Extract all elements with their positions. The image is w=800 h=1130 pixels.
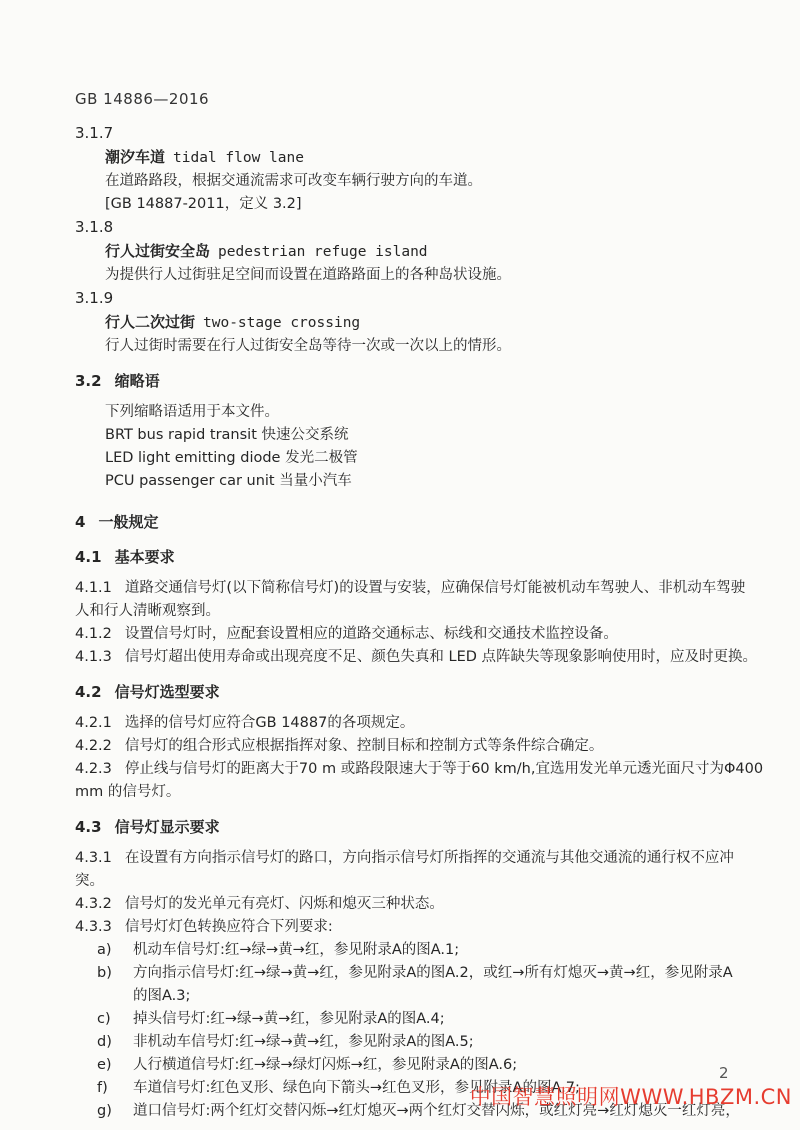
list-item-text: 机动车信号灯:红→绿→黄→红，参见附录A的图A.1; (133, 939, 459, 962)
term-definition: 行人过街时需要在行人过街安全岛等待一次或一次以上的情形。 (105, 335, 765, 358)
watermark: 中国智慧照明网WWW.HBZM.CN (470, 1081, 792, 1111)
list-item-text: 掉头信号灯:红→绿→黄→红，参见附录A的图A.4; (133, 1008, 445, 1031)
list-item-e: e) 人行横道信号灯:红→绿→绿灯闪烁→红，参见附录A的图A.6; (75, 1054, 765, 1077)
clause-text-continued: mm 的信号灯。 (75, 781, 765, 804)
clause-number: 4.2.1 (75, 715, 112, 731)
term-title: 行人过街安全岛pedestrian refuge island (105, 239, 765, 264)
clause-432: 4.3.2信号灯的发光单元有亮灯、闪烁和熄灭三种状态。 (75, 893, 765, 916)
clause-number: 4.1.1 (75, 580, 112, 596)
clause-text: 信号灯灯色转换应符合下列要求: (125, 919, 333, 935)
clause-411: 4.1.1道路交通信号灯(以下简称信号灯)的设置与安装，应确保信号灯能被机动车驾… (75, 577, 765, 623)
list-item-line-continued: 的图A.3; (133, 985, 733, 1008)
clause-421: 4.2.1选择的信号灯应符合GB 14887的各项规定。 (75, 712, 765, 735)
section-heading-general: 4一般规定 (75, 511, 765, 534)
abbreviation-item: BRT bus rapid transit 快速公交系统 (105, 424, 765, 447)
list-item-c: c) 掉头信号灯:红→绿→黄→红，参见附录A的图A.4; (75, 1008, 765, 1031)
term-title-en: pedestrian refuge island (218, 244, 428, 260)
term-title-zh: 潮汐车道 (105, 148, 165, 166)
clause-423: 4.2.3停止线与信号灯的距离大于70 m 或路段限速大于等于60 km/h,宜… (75, 758, 765, 804)
list-item-line: 非机动车信号灯:红→绿→黄→红，参见附录A的图A.5; (133, 1034, 474, 1050)
section-heading-basic-requirements: 4.1基本要求 (75, 546, 765, 569)
abbreviation-item: PCU passenger car unit 当量小汽车 (105, 470, 765, 493)
list-item-letter: g) (97, 1100, 133, 1123)
list-item-letter: b) (97, 962, 133, 1008)
list-item-line: 掉头信号灯:红→绿→黄→红，参见附录A的图A.4; (133, 1011, 445, 1027)
clause-text: 设置信号灯时，应配套设置相应的道路交通标志、标线和交通技术监控设备。 (125, 626, 618, 642)
term-body: 行人二次过街two-stage crossing 行人过街时需要在行人过街安全岛… (75, 310, 765, 358)
section-title: 信号灯显示要求 (115, 818, 220, 836)
term-body: 行人过街安全岛pedestrian refuge island 为提供行人过街驻… (75, 239, 765, 287)
term-entry-318: 3.1.8 行人过街安全岛pedestrian refuge island 为提… (75, 216, 765, 287)
list-item-b: b) 方向指示信号灯:红→绿→黄→红，参见附录A的图A.2，或红→所有灯熄灭→黄… (75, 962, 765, 1008)
section-number: 4 (75, 513, 85, 531)
clause-text: 信号灯的发光单元有亮灯、闪烁和熄灭三种状态。 (125, 896, 444, 912)
term-source-reference: [GB 14887-2011，定义 3.2] (105, 193, 765, 216)
list-item-text: 人行横道信号灯:红→绿→绿灯闪烁→红，参见附录A的图A.6; (133, 1054, 517, 1077)
list-item-letter: c) (97, 1008, 133, 1031)
document-page: GB 14886—2016 3.1.7 潮汐车道tidal flow lane … (0, 0, 800, 1130)
section-heading-signal-display: 4.3信号灯显示要求 (75, 816, 765, 839)
term-definition: 在道路路段，根据交通流需求可改变车辆行驶方向的车道。 (105, 170, 765, 193)
section-title: 基本要求 (115, 548, 175, 566)
term-entry-317: 3.1.7 潮汐车道tidal flow lane 在道路路段，根据交通流需求可… (75, 122, 765, 216)
section-number: 4.3 (75, 818, 102, 836)
list-item-a: a) 机动车信号灯:红→绿→黄→红，参见附录A的图A.1; (75, 939, 765, 962)
doc-code-header: GB 14886—2016 (75, 90, 765, 108)
term-number: 3.1.9 (75, 287, 765, 310)
clause-413: 4.1.3信号灯超出使用寿命或出现亮度不足、颜色失真和 LED 点阵缺失等现象影… (75, 646, 765, 669)
clause-433: 4.3.3信号灯灯色转换应符合下列要求: (75, 916, 765, 939)
clause-text: 选择的信号灯应符合GB 14887的各项规定。 (125, 715, 414, 731)
clause-text: 在设置有方向指示信号灯的路口，方向指示信号灯所指挥的交通流与其他交通流的通行权不… (125, 850, 734, 866)
term-title-en: tidal flow lane (173, 150, 304, 166)
term-number: 3.1.8 (75, 216, 765, 239)
list-item-line: 人行横道信号灯:红→绿→绿灯闪烁→红，参见附录A的图A.6; (133, 1057, 517, 1073)
clause-number: 4.1.3 (75, 649, 112, 665)
section-heading-abbreviations: 3.2缩略语 (75, 370, 765, 393)
clause-text-continued: 突。 (75, 870, 765, 893)
section-number: 3.2 (75, 372, 102, 390)
term-title-zh: 行人过街安全岛 (105, 242, 210, 260)
section-title: 信号灯选型要求 (115, 683, 220, 701)
list-item-letter: f) (97, 1077, 133, 1100)
list-item-d: d) 非机动车信号灯:红→绿→黄→红，参见附录A的图A.5; (75, 1031, 765, 1054)
abbreviations-block: 下列缩略语适用于本文件。 BRT bus rapid transit 快速公交系… (75, 401, 765, 493)
list-item-text: 方向指示信号灯:红→绿→黄→红，参见附录A的图A.2，或红→所有灯熄灭→黄→红，… (133, 962, 733, 1008)
term-title: 潮汐车道tidal flow lane (105, 145, 765, 170)
term-title: 行人二次过街two-stage crossing (105, 310, 765, 335)
term-body: 潮汐车道tidal flow lane 在道路路段，根据交通流需求可改变车辆行驶… (75, 145, 765, 216)
clause-number: 4.2.2 (75, 738, 112, 754)
list-item-letter: a) (97, 939, 133, 962)
term-definition: 为提供行人过街驻足空间而设置在道路路面上的各种岛状设施。 (105, 264, 765, 287)
term-title-en: two-stage crossing (203, 315, 360, 331)
list-item-line: 机动车信号灯:红→绿→黄→红，参见附录A的图A.1; (133, 942, 459, 958)
clause-422: 4.2.2信号灯的组合形式应根据指挥对象、控制目标和控制方式等条件综合确定。 (75, 735, 765, 758)
section-number: 4.1 (75, 548, 102, 566)
list-item-text: 非机动车信号灯:红→绿→黄→红，参见附录A的图A.5; (133, 1031, 474, 1054)
clause-431: 4.3.1在设置有方向指示信号灯的路口，方向指示信号灯所指挥的交通流与其他交通流… (75, 847, 765, 893)
abbreviations-intro: 下列缩略语适用于本文件。 (105, 401, 765, 424)
page-content: GB 14886—2016 3.1.7 潮汐车道tidal flow lane … (75, 90, 765, 1123)
clause-text: 道路交通信号灯(以下简称信号灯)的设置与安装，应确保信号灯能被机动车驾驶人、非机… (125, 580, 745, 596)
term-number: 3.1.7 (75, 122, 765, 145)
clause-text: 信号灯的组合形式应根据指挥对象、控制目标和控制方式等条件综合确定。 (125, 738, 604, 754)
clause-number: 4.3.3 (75, 919, 112, 935)
list-item-line: 方向指示信号灯:红→绿→黄→红，参见附录A的图A.2，或红→所有灯熄灭→黄→红，… (133, 965, 733, 981)
clause-number: 4.3.1 (75, 850, 112, 866)
term-entry-319: 3.1.9 行人二次过街two-stage crossing 行人过街时需要在行… (75, 287, 765, 358)
abbreviation-item: LED light emitting diode 发光二极管 (105, 447, 765, 470)
clause-412: 4.1.2设置信号灯时，应配套设置相应的道路交通标志、标线和交通技术监控设备。 (75, 623, 765, 646)
section-title: 缩略语 (115, 372, 160, 390)
section-number: 4.2 (75, 683, 102, 701)
page-number: 2 (719, 1064, 729, 1082)
clause-number: 4.3.2 (75, 896, 112, 912)
clause-text-continued: 人和行人清晰观察到。 (75, 600, 765, 623)
section-title: 一般规定 (98, 513, 158, 531)
clause-number: 4.2.3 (75, 761, 112, 777)
clause-text: 停止线与信号灯的距离大于70 m 或路段限速大于等于60 km/h,宜选用发光单… (125, 761, 763, 777)
section-heading-signal-selection: 4.2信号灯选型要求 (75, 681, 765, 704)
term-title-zh: 行人二次过街 (105, 313, 195, 331)
clause-text: 信号灯超出使用寿命或出现亮度不足、颜色失真和 LED 点阵缺失等现象影响使用时，… (125, 649, 757, 665)
list-item-letter: d) (97, 1031, 133, 1054)
clause-number: 4.1.2 (75, 626, 112, 642)
list-item-letter: e) (97, 1054, 133, 1077)
